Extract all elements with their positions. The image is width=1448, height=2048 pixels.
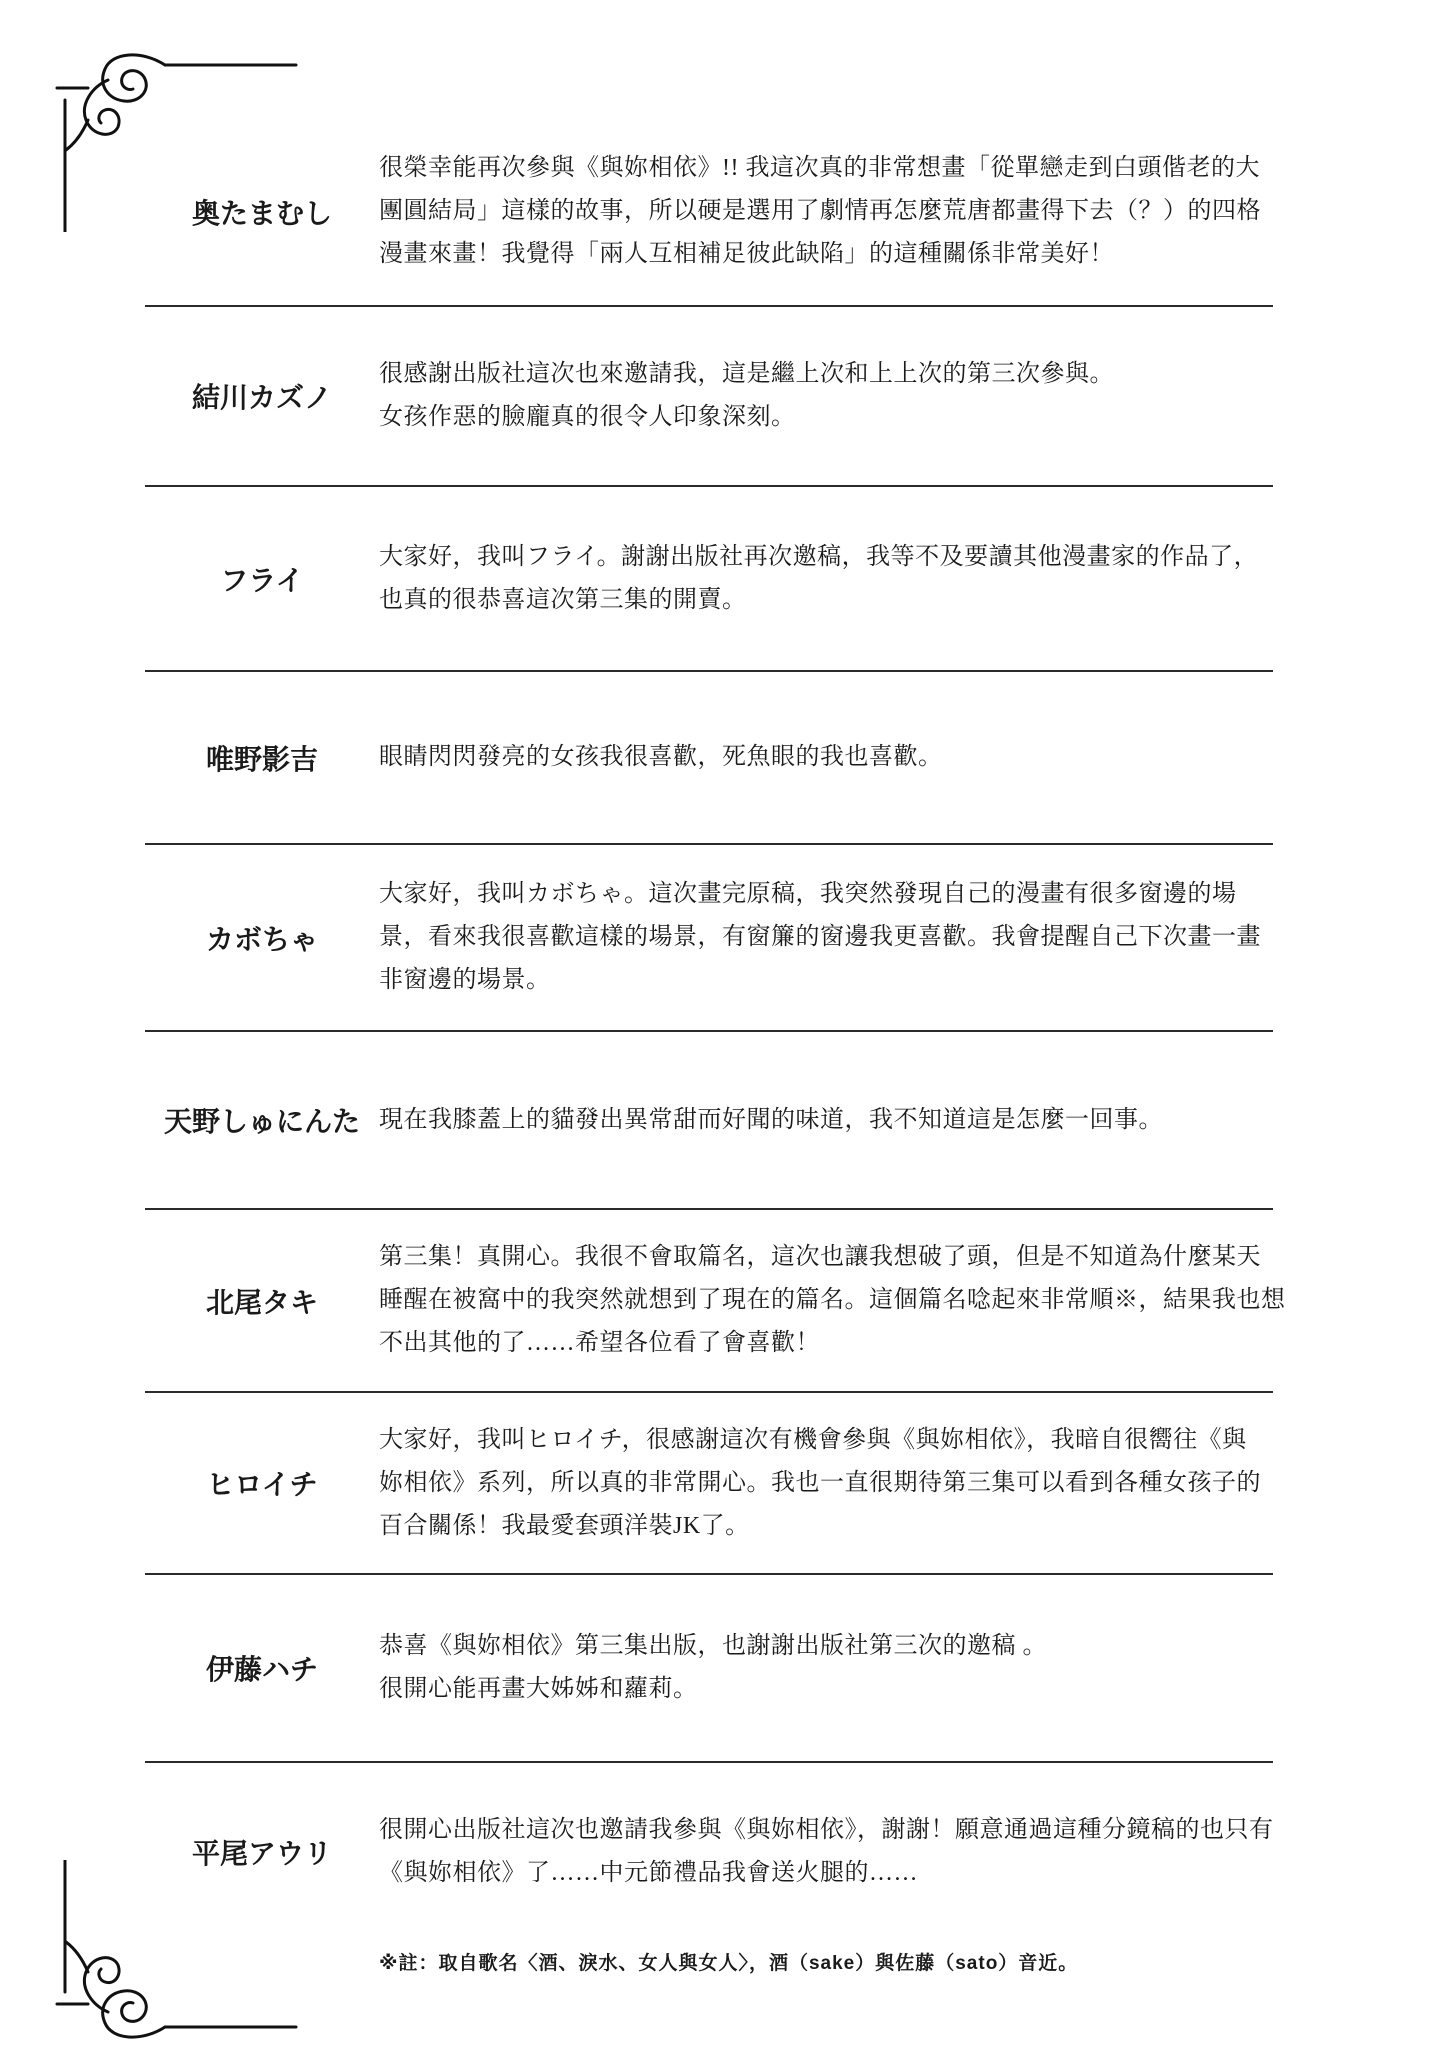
comment-text: 現在我膝蓋上的貓發出異常甜而好聞的味道，我不知道這是怎麼一回事。	[379, 1099, 1273, 1142]
comment-line: 第三集！真開心。我很不會取篇名，這次也讓我想破了頭，但是不知道為什麼某天	[379, 1236, 1286, 1279]
comment-text: 大家好，我叫フライ。謝謝出版社再次邀稿，我等不及要讀其他漫畫家的作品了，也真的很…	[379, 536, 1273, 622]
author-name: 天野しゅにんた	[145, 1100, 379, 1140]
comment-section: 平尾アウリ 很開心出版社這次也邀請我參與《與妳相依》，謝謝！願意通過這種分鏡稿的…	[145, 1763, 1273, 1940]
comment-line: 非窗邊的場景。	[379, 959, 1273, 1002]
comment-line: 眼睛閃閃發亮的女孩我很喜歡，死魚眼的我也喜歡。	[379, 736, 1273, 779]
manga-afterword-page: 奥たまむし 很榮幸能再次參與《與妳相依》!! 我這次真的非常想畫「從單戀走到白頭…	[0, 0, 1448, 2048]
author-name: フライ	[145, 559, 379, 599]
comment-section: ヒロイチ 大家好，我叫ヒロイチ，很感謝這次有機會參與《與妳相依》，我暗自很嚮往《…	[145, 1393, 1273, 1575]
comment-text: 恭喜《與妳相依》第三集出版，也謝謝出版社第三次的邀稿 。很開心能再畫大姊姊和蘿莉…	[379, 1625, 1273, 1711]
comment-line: 很感謝出版社這次也來邀請我，這是繼上次和上上次的第三次參與。	[379, 353, 1273, 396]
author-name: 北尾タキ	[145, 1281, 379, 1321]
comment-line: 團圓結局」這樣的故事，所以硬是選用了劇情再怎麼荒唐都畫得下去（？）的四格	[379, 190, 1273, 233]
comment-line: 很榮幸能再次參與《與妳相依》!! 我這次真的非常想畫「從單戀走到白頭偕老的大	[379, 147, 1273, 190]
comment-line: 漫畫來畫！我覺得「兩人互相補足彼此缺陷」的這種關係非常美好！	[379, 233, 1273, 276]
comment-text: 很榮幸能再次參與《與妳相依》!! 我這次真的非常想畫「從單戀走到白頭偕老的大團圓…	[379, 147, 1273, 276]
comment-text: 很感謝出版社這次也來邀請我，這是繼上次和上上次的第三次參與。女孩作惡的臉龐真的很…	[379, 353, 1273, 439]
comment-text: 眼睛閃閃發亮的女孩我很喜歡，死魚眼的我也喜歡。	[379, 736, 1273, 779]
comment-line: 妳相依》系列，所以真的非常開心。我也一直很期待第三集可以看到各種女孩子的	[379, 1462, 1273, 1505]
comment-line: 睡醒在被窩中的我突然就想到了現在的篇名。這個篇名唸起來非常順※，結果我也想	[379, 1279, 1286, 1322]
comment-section: 奥たまむし 很榮幸能再次參與《與妳相依》!! 我這次真的非常想畫「從單戀走到白頭…	[145, 0, 1273, 307]
comment-line: 景，看來我很喜歡這樣的場景，有窗簾的窗邊我更喜歡。我會提醒自己下次畫一畫	[379, 916, 1273, 959]
comment-section: 北尾タキ 第三集！真開心。我很不會取篇名，這次也讓我想破了頭，但是不知道為什麼某…	[145, 1210, 1273, 1393]
comment-line: 女孩作惡的臉龐真的很令人印象深刻。	[379, 396, 1273, 439]
comment-section: 伊藤ハチ 恭喜《與妳相依》第三集出版，也謝謝出版社第三次的邀稿 。很開心能再畫大…	[145, 1575, 1273, 1763]
author-name: 平尾アウリ	[145, 1832, 379, 1872]
comment-line: 很開心能再畫大姊姊和蘿莉。	[379, 1668, 1273, 1711]
comment-line: 恭喜《與妳相依》第三集出版，也謝謝出版社第三次的邀稿 。	[379, 1625, 1273, 1668]
comment-line: 《與妳相依》了……中元節禮品我會送火腿的……	[379, 1852, 1274, 1895]
comment-section: 唯野影吉 眼睛閃閃發亮的女孩我很喜歡，死魚眼的我也喜歡。	[145, 672, 1273, 845]
comment-section: 結川カズノ 很感謝出版社這次也來邀請我，這是繼上次和上上次的第三次參與。女孩作惡…	[145, 307, 1273, 487]
footnote: ※註：取自歌名〈酒、淚水、女人與女人〉，酒（sake）與佐藤（sato）音近。	[379, 1948, 1078, 1975]
comment-line: 大家好，我叫フライ。謝謝出版社再次邀稿，我等不及要讀其他漫畫家的作品了，	[379, 536, 1273, 579]
author-name: カボちゃ	[145, 918, 379, 958]
comment-section: フライ 大家好，我叫フライ。謝謝出版社再次邀稿，我等不及要讀其他漫畫家的作品了，…	[145, 487, 1273, 672]
comment-section: 天野しゅにんた 現在我膝蓋上的貓發出異常甜而好聞的味道，我不知道這是怎麼一回事。	[145, 1032, 1273, 1210]
comment-text: 第三集！真開心。我很不會取篇名，這次也讓我想破了頭，但是不知道為什麼某天睡醒在被…	[379, 1236, 1286, 1365]
comment-line: 很開心出版社這次也邀請我參與《與妳相依》，謝謝！願意通過這種分鏡稿的也只有	[379, 1809, 1274, 1852]
author-name: 唯野影吉	[145, 738, 379, 778]
author-name: 伊藤ハチ	[145, 1648, 379, 1688]
author-name: 結川カズノ	[145, 376, 379, 416]
comment-text: 很開心出版社這次也邀請我參與《與妳相依》，謝謝！願意通過這種分鏡稿的也只有《與妳…	[379, 1809, 1274, 1895]
comment-line: 現在我膝蓋上的貓發出異常甜而好聞的味道，我不知道這是怎麼一回事。	[379, 1099, 1273, 1142]
comment-text: 大家好，我叫カボちゃ。這次畫完原稿，我突然發現自己的漫畫有很多窗邊的場景，看來我…	[379, 873, 1273, 1002]
author-name: 奥たまむし	[145, 192, 379, 232]
comment-section: カボちゃ 大家好，我叫カボちゃ。這次畫完原稿，我突然發現自己的漫畫有很多窗邊的場…	[145, 845, 1273, 1032]
comment-line: 不出其他的了……希望各位看了會喜歡！	[379, 1322, 1286, 1365]
comment-line: 百合關係！我最愛套頭洋裝JK了。	[379, 1505, 1273, 1548]
comments-list: 奥たまむし 很榮幸能再次參與《與妳相依》!! 我這次真的非常想畫「從單戀走到白頭…	[145, 0, 1273, 1940]
comment-line: 大家好，我叫カボちゃ。這次畫完原稿，我突然發現自己的漫畫有很多窗邊的場	[379, 873, 1273, 916]
comment-line: 大家好，我叫ヒロイチ，很感謝這次有機會參與《與妳相依》，我暗自很嚮往《與	[379, 1419, 1273, 1462]
comment-text: 大家好，我叫ヒロイチ，很感謝這次有機會參與《與妳相依》，我暗自很嚮往《與妳相依》…	[379, 1419, 1273, 1548]
comment-line: 也真的很恭喜這次第三集的開賣。	[379, 579, 1273, 622]
author-name: ヒロイチ	[145, 1463, 379, 1503]
